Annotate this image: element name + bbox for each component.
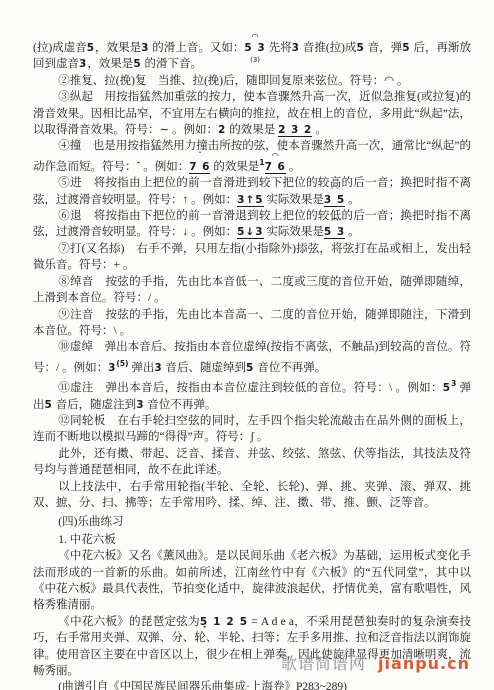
text-run: 的滑上音。又如： [149, 42, 244, 54]
jianpu-notation: 3↑5 [237, 194, 263, 207]
notation-group: ◠5 3 [324, 224, 345, 240]
item-8-chaoyin: ⑧绰音 按弦的手指，先由比本音低一、二度或三度的音位开始，随弹即随绰，上滑到本音… [33, 274, 471, 307]
jianpu-notation: 5 [402, 42, 410, 54]
text-run: 的滑下音。 [142, 58, 202, 70]
text-run: 音后、随虚绰到 [163, 362, 246, 374]
item-5-jin: ⑤进 将按指由上把位的前一音滑进到较下把位的较高的后一音；换把时指不离弦，过渡滑… [33, 175, 471, 208]
text-run: 。 [345, 194, 359, 206]
text-run: 音位不再弹。 [254, 362, 326, 374]
text-run: 弹出 [128, 362, 154, 374]
text-run: 《中花六板》又名《薰风曲》。是以民间乐曲《老六板》为基础，运用板式变化手法而形成… [33, 550, 471, 611]
watermark-site-name: 歌谱简谱网 [281, 654, 366, 673]
text-run: 先将 [266, 42, 292, 54]
text-run: ②推复、拉(挽)复 当推、拉(挽)后，随即回复原来弦位。符号：◠ 。 [58, 75, 408, 87]
para-continuation-slide: (拉)成虚音5，效果是3 的滑上音。又如：◠5 3(3) 先将3 音推(拉)成5… [33, 40, 471, 73]
item-10-xuchao: ⑩虚绰 弹出本音后、按指由本音位虚绰(按指不离弦，不触品)到较高的音位。符号：/… [33, 339, 471, 376]
slur-mark-icon: ˆ [220, 115, 224, 123]
notation-group: ˆ7 6 [189, 159, 210, 175]
text-run: ，效果是 [95, 42, 141, 54]
slur-mark-icon: ◠ [331, 185, 338, 193]
text-run: 音，弹 [365, 42, 402, 54]
text-run: 。 [345, 226, 359, 238]
jianpu-notation: 2 [218, 124, 226, 136]
text-run: ⑧绰音 按弦的手指，先由比本音低一、二度或三度的音位开始，随弹即随绰，上滑到本音… [33, 276, 471, 304]
heading-section-4: (四)乐曲练习 [33, 514, 471, 530]
jianpu-grace-note: (5) [116, 359, 128, 368]
jianpu-notation: 5 [87, 42, 95, 54]
slur-mark-icon: ◠ [272, 152, 279, 160]
notation-group: ˆ2 [218, 122, 226, 138]
text-run: ⑦打(又名掭) 右手不弹，只用左指(小指除外)掭弦，将弦打在品或相上，发出轻微乐… [33, 243, 471, 271]
text-run: (曲谱引自《中国民族民间器乐曲集成·上海卷》P283~289) [58, 681, 347, 690]
jianpu-notation: 5̣ 1 2 5 [200, 616, 248, 628]
text-run: 的效果是 [226, 124, 278, 136]
text-run: 实际效果是 [264, 194, 324, 206]
text-run: 音后，随虚注到 [53, 399, 136, 411]
watermark: 歌谱简谱网 jianpu.cn [281, 651, 470, 674]
slur-mark-icon: ˆ [198, 152, 202, 160]
item-7-da: ⑦打(又名掭) 右手不弹，只用左指(小指除外)掭弦，将弦打在品或相上，发出轻微乐… [33, 241, 471, 274]
subheading-1-zhonghua-liuban: 1. 中花六板 [33, 532, 471, 548]
text-run: ⑪虚注 弹出本音后，按指由本音位虚注到较低的音位。符号：\ 。例如： [58, 382, 442, 394]
text-run: 。 [286, 161, 300, 173]
text-run: 音推(拉)成 [300, 42, 357, 54]
watermark-site-url[interactable]: jianpu.cn [378, 654, 470, 673]
text-run: ⑫同轮板 在右手轮扫空弦的同时，左手四个指尖轮流敲击在品外侧的面板上，连而不断地… [33, 415, 471, 443]
jianpu-notation: 5 3 [244, 42, 265, 54]
text-run: 。 [312, 124, 326, 136]
jianpu-notation: 2 3 2 [278, 124, 312, 137]
item-6-tui: ⑥退 将按指由下把位的前一音滑退到较上把位的较低的后一音；换把时指不离弦，过渡滑… [33, 208, 471, 241]
para-score-source: (曲谱引自《中国民族民间器乐曲集成·上海卷》P283~289) [33, 679, 471, 690]
item-11-xuzhu: ⑪虚注 弹出本音后，按指由本音位虚注到较低的音位。符号：\ 。例如：53 弹出5… [33, 376, 471, 413]
jianpu-notation: 3 [136, 399, 144, 411]
text-run: 以上技法中，右手常用轮指(半轮、全轮、长轮)、弹、挑、夹弹、滚、弹双、挑双、摭、… [33, 481, 471, 509]
document-body: (拉)成虚音5，效果是3 的滑上音。又如：◠5 3(3) 先将3 音推(拉)成5… [33, 40, 471, 690]
text-run: (拉)成虚音 [33, 42, 87, 54]
jianpu-notation: 5 [45, 399, 53, 411]
para-zhonghua-liuban-intro: 《中花六板》又名《薰风曲》。是以民间乐曲《老六板》为基础，运用板式变化手法而形成… [33, 548, 471, 614]
para-summary-techniques: 以上技法中，右手常用轮指(半轮、全轮、长轮)、弹、挑、夹弹、滚、弹双、挑双、摭、… [33, 479, 471, 512]
notation-group: ◠5 3(3) [244, 40, 265, 56]
item-4-zhuang: ④撞 也是用按指猛然用力撞击所按的弦，使本音骤然升高一次，通常比“纵起”的动作急… [33, 138, 471, 175]
para-other-techniques: 此外，还有擞、带起、泛音、揉音、并弦、绞弦、煞弦、伏等指法，其技法及符号均与普通… [33, 446, 471, 479]
text-run: 1. 中花六板 [58, 534, 116, 546]
jianpu-notation: 7 6 [189, 161, 210, 174]
slur-mark-icon: ◠ [252, 33, 259, 41]
jianpu-notation: 5 3 [324, 226, 345, 239]
jianpu-notation: 5 [443, 382, 451, 394]
text-run: ，效果是 [87, 58, 133, 70]
jianpu-notation: 3 [292, 42, 300, 54]
notation-sub-label: (3) [250, 57, 260, 64]
text-run: ⑨注音 按弦的手指，先由比本音高一、二度的音位开始，随弹即随注，下滑到本音位。符… [33, 309, 471, 337]
text-run: 此外，还有擞、带起、泛音、揉音、并弦、绞弦、煞弦、伏等指法，其技法及符号均与普通… [33, 448, 471, 476]
text-run: 音位不再弹。 [145, 399, 217, 411]
text-run: 实际效果是 [264, 226, 324, 238]
notation-group: ◠3 5 [324, 192, 345, 208]
jianpu-notation: 7 6 [265, 161, 286, 174]
item-3-zongqi: ③纵起 用按指猛然加重弦的按力，使本音骤然升高一次，近似急推复(或拉复)的滑音效… [33, 89, 471, 138]
jianpu-notation: 5↓3 [237, 226, 263, 239]
text-run: 的效果是 [210, 161, 259, 173]
notation-group: ◠7 6 [265, 159, 286, 175]
page: (拉)成虚音5，效果是3 的滑上音。又如：◠5 3(3) 先将3 音推(拉)成5… [0, 0, 494, 690]
text-run: (四)乐曲练习 [58, 516, 123, 528]
item-2-tuifu: ②推复、拉(挽)复 当推、拉(挽)后，随即回复原来弦位。符号：◠ 。 [33, 73, 471, 89]
item-9-zhuyin: ⑨注音 按弦的手指，先由比本音高一、二度的音位开始，随弹即随注，下滑到本音位。符… [33, 307, 471, 340]
jianpu-notation: 5 [133, 58, 141, 70]
jianpu-notation: 5 [357, 42, 365, 54]
jianpu-notation: 3 5 [324, 194, 345, 207]
jianpu-notation: 3 [154, 362, 162, 374]
text-run: 《中花六板》的琵琶定弦为 [58, 616, 200, 628]
item-12-tonglunban: ⑫同轮板 在右手轮扫空弦的同时，左手四个指尖轮流敲击在品外侧的面板上，连而不断地… [33, 413, 471, 446]
slur-mark-icon: ◠ [331, 217, 338, 225]
